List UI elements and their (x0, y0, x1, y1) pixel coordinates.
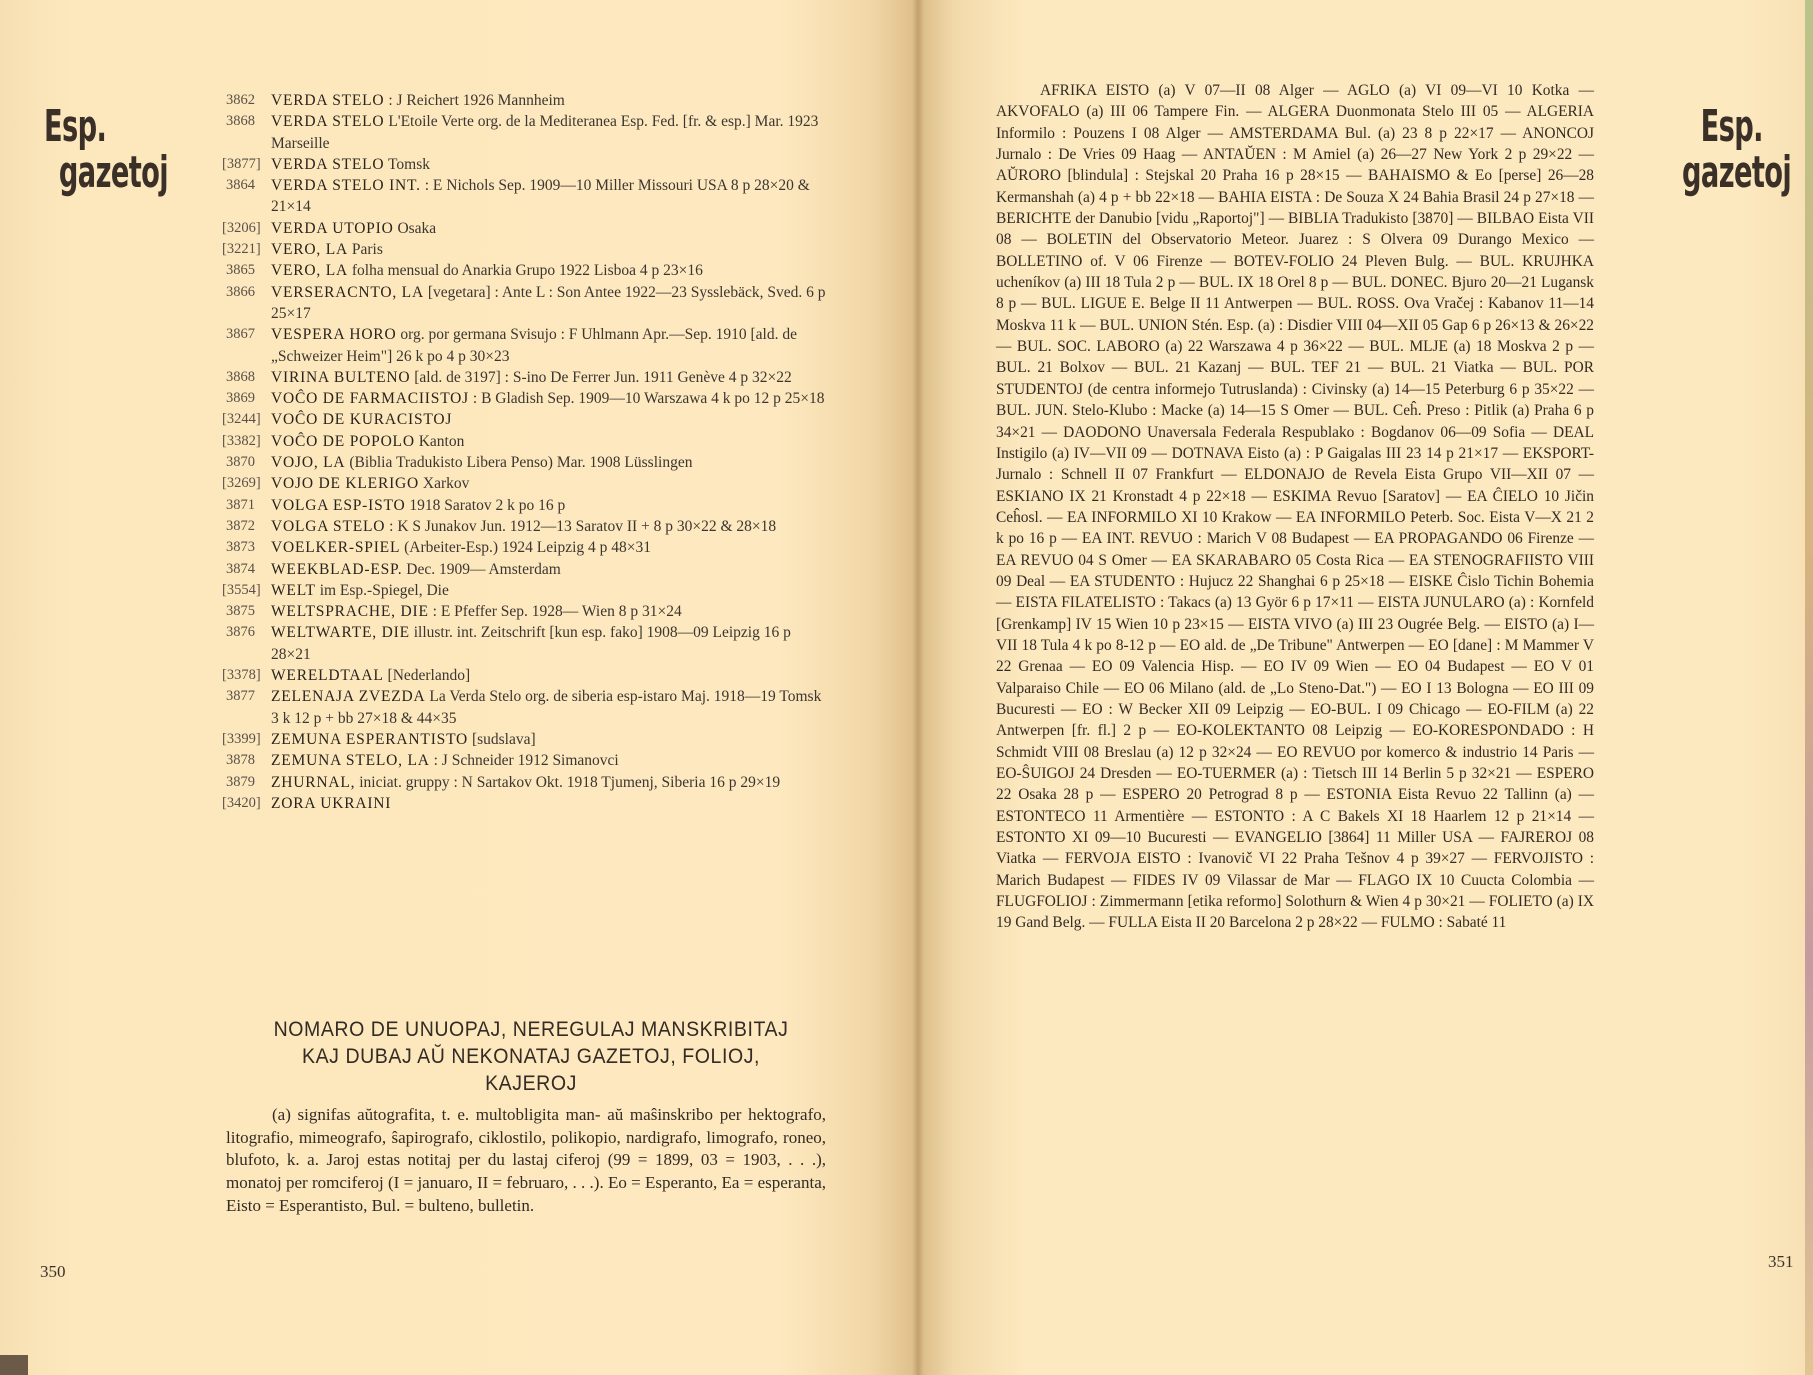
entry-details: : J Schneider 1912 Simanovci (430, 752, 619, 769)
entry-title: VERO, LA (271, 262, 348, 279)
entry-title: VOĈO DE FARMACIISTOJ (271, 390, 469, 407)
list-item: 3871VOLGA ESP-ISTO 1918 Saratov 2 k po 1… (226, 495, 826, 516)
entry-number: 3879 (226, 772, 270, 793)
entry-number: 3870 (226, 452, 270, 473)
list-item: 3876WELTWARTE, DIE illustr. int. Zeitsch… (226, 622, 826, 665)
entry-title: VOĈO DE POPOLO (271, 433, 415, 450)
list-item: [3382]VOĈO DE POPOLO Kanton (226, 431, 826, 452)
entry-number: 3876 (226, 622, 270, 643)
page-edge-strip (1805, 0, 1813, 1375)
entry-number: 3874 (226, 559, 270, 580)
entry-number: 3864 (226, 175, 270, 196)
entry-details: : E Pfeffer Sep. 1928— Wien 8 p 31×24 (429, 603, 682, 620)
entry-title: VOLGA STELO (271, 518, 385, 535)
list-item: [3221]VERO, LA Paris (226, 239, 826, 260)
entry-title: WELT (271, 582, 316, 599)
list-item: [3206]VERDA UTOPIO Osaka (226, 218, 826, 239)
section-paragraph: (a) signifas aŭtografita, t. e. multobli… (226, 1104, 826, 1218)
side-tab-line2: gazetoj (1682, 150, 1791, 196)
entry-details: : J Reichert 1926 Mannheim (384, 92, 564, 109)
entry-details: [sudslava] (468, 731, 536, 748)
entry-number: 3878 (226, 750, 270, 771)
entry-title: WEEKBLAD-ESP. (271, 561, 402, 578)
list-item: 3865VERO, LA folha mensual do Anarkia Gr… (226, 260, 826, 281)
run-on-paragraph: AFRIKA EISTO (a) V 07—II 08 Alger — AGLO… (996, 80, 1594, 934)
entry-title: VERDA STELO (271, 92, 384, 109)
entry-title: ZORA UKRAINI (271, 795, 391, 812)
list-item: 3877ZELENAJA ZVEZDA La Verda Stelo org. … (226, 686, 826, 729)
entry-details: Kanton (415, 433, 465, 450)
section-heading: NOMARO DE UNUOPAJ, NEREGULAJ MANSKRIBITA… (257, 1016, 806, 1097)
entry-title: VERO, LA (271, 241, 348, 258)
entry-title: VOĈO DE KURACISTOJ (271, 411, 452, 428)
list-item: 3872VOLGA STELO : K S Junakov Jun. 1912—… (226, 516, 826, 537)
entry-number: 3873 (226, 537, 270, 558)
entry-number: 3872 (226, 516, 270, 537)
list-item: [3554]WELT im Esp.-Spiegel, Die (226, 580, 826, 601)
list-item: 3866VERSERACNTO, LA [vegetara] : Ante L … (226, 282, 826, 325)
entry-details: Tomsk (384, 156, 430, 173)
entry-number: [3378] (222, 665, 266, 686)
entry-number: 3875 (226, 601, 270, 622)
entry-title: VERDA UTOPIO (271, 220, 394, 237)
entry-title: VOELKER-SPIEL (271, 539, 400, 556)
entry-details: : K S Junakov Jun. 1912—13 Saratov II + … (385, 518, 776, 535)
entry-details: Xarkov (419, 475, 469, 492)
entry-title: VOLGA ESP-ISTO (271, 497, 406, 514)
entry-title: WELTSPRACHE, DIE (271, 603, 429, 620)
entry-number: 3865 (226, 260, 270, 281)
entry-title: ZELENAJA ZVEZDA (271, 688, 426, 705)
left-side-tab: Esp. gazetoj (44, 104, 168, 196)
list-item: 3870VOJO, LA (Biblia Tradukisto Libera P… (226, 452, 826, 473)
entry-number: 3862 (226, 90, 270, 111)
entry-details: [Nederlando] (384, 667, 471, 684)
entry-title: VERDA STELO (271, 156, 384, 173)
list-item: [3420]ZORA UKRAINI (226, 793, 826, 814)
list-item: [3877]VERDA STELO Tomsk (226, 154, 826, 175)
entry-details: folha mensual do Anarkia Grupo 1922 Lisb… (348, 262, 703, 279)
entry-number: 3868 (226, 367, 270, 388)
entry-title: WELTWARTE, DIE (271, 624, 410, 641)
entry-number: [3221] (222, 239, 266, 260)
entry-details: : B Gladish Sep. 1909—10 Warszawa 4 k po… (469, 390, 825, 407)
entry-title: WERELDTAAL (271, 667, 384, 684)
entry-number: [3554] (222, 580, 266, 601)
entry-title: VERSERACNTO, LA (271, 284, 424, 301)
list-item: [3244]VOĈO DE KURACISTOJ (226, 409, 826, 430)
list-item: 3875WELTSPRACHE, DIE : E Pfeffer Sep. 19… (226, 601, 826, 622)
entry-title: ZEMUNA ESPERANTISTO (271, 731, 468, 748)
section-body: (a) signifas aŭtografita, t. e. multobli… (226, 1104, 826, 1218)
entry-number: [3420] (222, 793, 266, 814)
entry-title: ZHURNAL, (271, 774, 355, 791)
side-tab-line1: Esp. (44, 104, 168, 150)
page-number-left: 350 (40, 1262, 66, 1282)
list-item: 3868VERDA STELO L'Etoile Verte org. de l… (226, 111, 826, 154)
list-item: 3864VERDA STELO INT. : E Nichols Sep. 19… (226, 175, 826, 218)
entry-number: 3877 (226, 686, 270, 707)
entry-title: VOJO, LA (271, 454, 345, 471)
entry-number: 3867 (226, 324, 270, 345)
entry-title: VERDA STELO INT. (271, 177, 421, 194)
entry-number: 3866 (226, 282, 270, 303)
entry-details: iniciat. gruppy : N Sartakov Okt. 1918 T… (355, 774, 780, 791)
entry-number: [3399] (222, 729, 266, 750)
entry-number: [3877] (222, 154, 266, 175)
list-item: 3862VERDA STELO : J Reichert 1926 Mannhe… (226, 90, 826, 111)
list-item: [3269]VOJO DE KLERIGO Xarkov (226, 473, 826, 494)
entry-number: [3244] (222, 409, 266, 430)
page-number-right: 351 (1768, 1252, 1794, 1272)
entry-details: 1918 Saratov 2 k po 16 p (406, 497, 566, 514)
entry-details: [ald. de 3197] : S-ino De Ferrer Jun. 19… (410, 369, 791, 386)
list-item: 3873VOELKER-SPIEL (Arbeiter-Esp.) 1924 L… (226, 537, 826, 558)
book-spread: Esp. gazetoj Esp. gazetoj 3862VERDA STEL… (0, 0, 1813, 1375)
entry-details: Osaka (394, 220, 437, 237)
scan-corner (0, 1355, 28, 1375)
entry-title: VOJO DE KLERIGO (271, 475, 419, 492)
book-gutter (912, 0, 924, 1375)
entry-title: VESPERA HORO (271, 326, 396, 343)
entry-number: [3206] (222, 218, 266, 239)
entry-title: VERDA STELO (271, 113, 384, 130)
entry-number: 3869 (226, 388, 270, 409)
entry-number: [3269] (222, 473, 266, 494)
list-item: 3869VOĈO DE FARMACIISTOJ : B Gladish Sep… (226, 388, 826, 409)
list-item: 3867VESPERA HORO org. por germana Svisuj… (226, 324, 826, 367)
entry-list: 3862VERDA STELO : J Reichert 1926 Mannhe… (226, 90, 826, 814)
entry-number: [3382] (222, 431, 266, 452)
list-item: 3868VIRINA BULTENO [ald. de 3197] : S-in… (226, 367, 826, 388)
entry-details: (Arbeiter-Esp.) 1924 Leipzig 4 p 48×31 (400, 539, 651, 556)
entry-number: 3868 (226, 111, 270, 132)
right-side-tab: Esp. gazetoj (1682, 104, 1791, 196)
entry-details: Dec. 1909— Amsterdam (402, 561, 560, 578)
list-item: 3878ZEMUNA STELO, LA : J Schneider 1912 … (226, 750, 826, 771)
side-tab-line2: gazetoj (59, 150, 168, 196)
entry-details: Paris (348, 241, 383, 258)
list-item: 3874WEEKBLAD-ESP. Dec. 1909— Amsterdam (226, 559, 826, 580)
run-on-listing: AFRIKA EISTO (a) V 07—II 08 Alger — AGLO… (996, 80, 1594, 934)
entry-title: VIRINA BULTENO (271, 369, 410, 386)
list-item: [3399]ZEMUNA ESPERANTISTO [sudslava] (226, 729, 826, 750)
entry-details: (Biblia Tradukisto Libera Penso) Mar. 19… (345, 454, 692, 471)
list-item: [3378]WERELDTAAL [Nederlando] (226, 665, 826, 686)
entry-title: ZEMUNA STELO, LA (271, 752, 430, 769)
entry-number: 3871 (226, 495, 270, 516)
side-tab-line1: Esp. (1701, 104, 1792, 150)
list-item: 3879ZHURNAL, iniciat. gruppy : N Sartako… (226, 772, 826, 793)
entry-details: im Esp.-Spiegel, Die (316, 582, 449, 599)
